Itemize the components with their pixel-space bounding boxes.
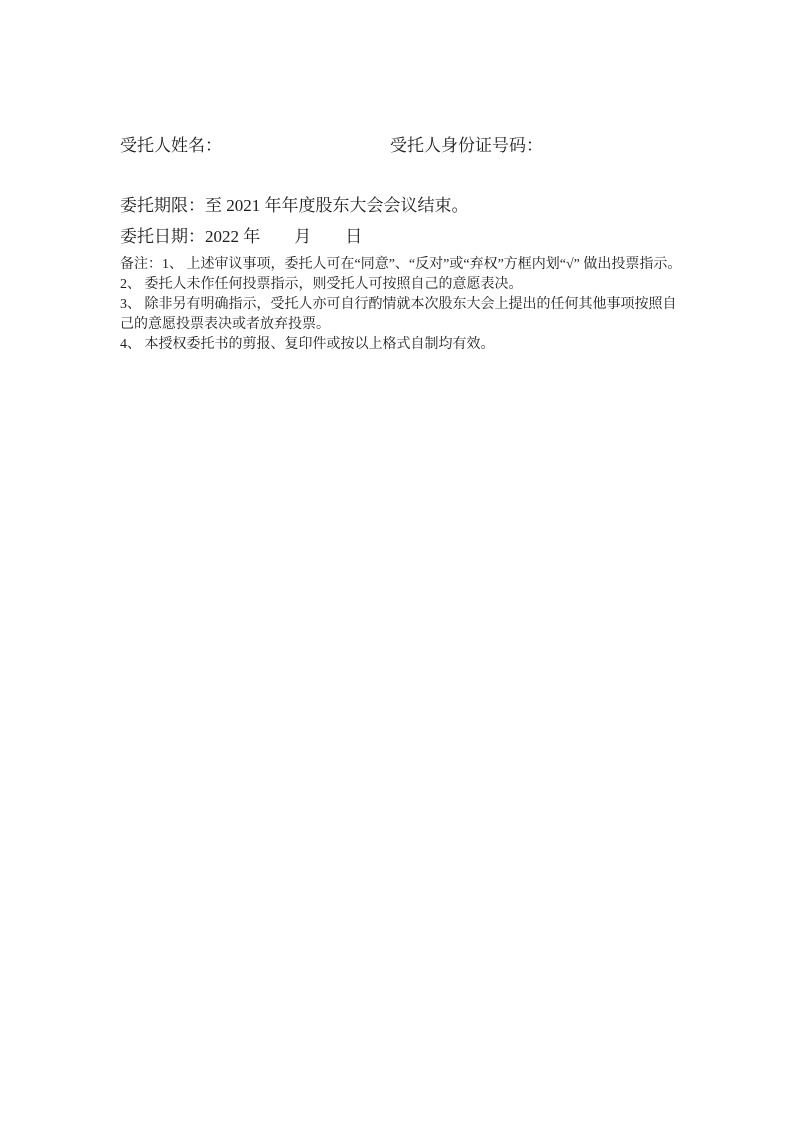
trustee-name-label: 受托人姓名： [120,136,222,155]
entrustment-period-line: 委托期限：至 2021 年年度股东大会会议结束。 [120,196,469,215]
trustee-id-label: 受托人身份证号码： [390,136,543,155]
note-line-1: 备注：1、 上述审议事项，委托人可在“同意”、“反对”或“弃权”方框内划“√” … [120,255,688,275]
entrustment-date-line: 委托日期：2022 年 月 日 [120,227,362,246]
note-line-4: 4、 本授权委托书的剪报、复印件或按以上格式自制均有效。 [120,335,688,355]
note-line-3: 3、 除非另有明确指示，受托人亦可自行酌情就本次股东大会上提出的任何其他事项按照… [120,295,688,335]
notes-section: 备注：1、 上述审议事项，委托人可在“同意”、“反对”或“弃权”方框内划“√” … [120,255,688,355]
note-line-2: 2、 委托人未作任何投票指示，则受托人可按照自己的意愿表决。 [120,275,688,295]
document-page: 受托人姓名： 受托人身份证号码： 委托期限：至 2021 年年度股东大会会议结束… [0,0,793,1122]
